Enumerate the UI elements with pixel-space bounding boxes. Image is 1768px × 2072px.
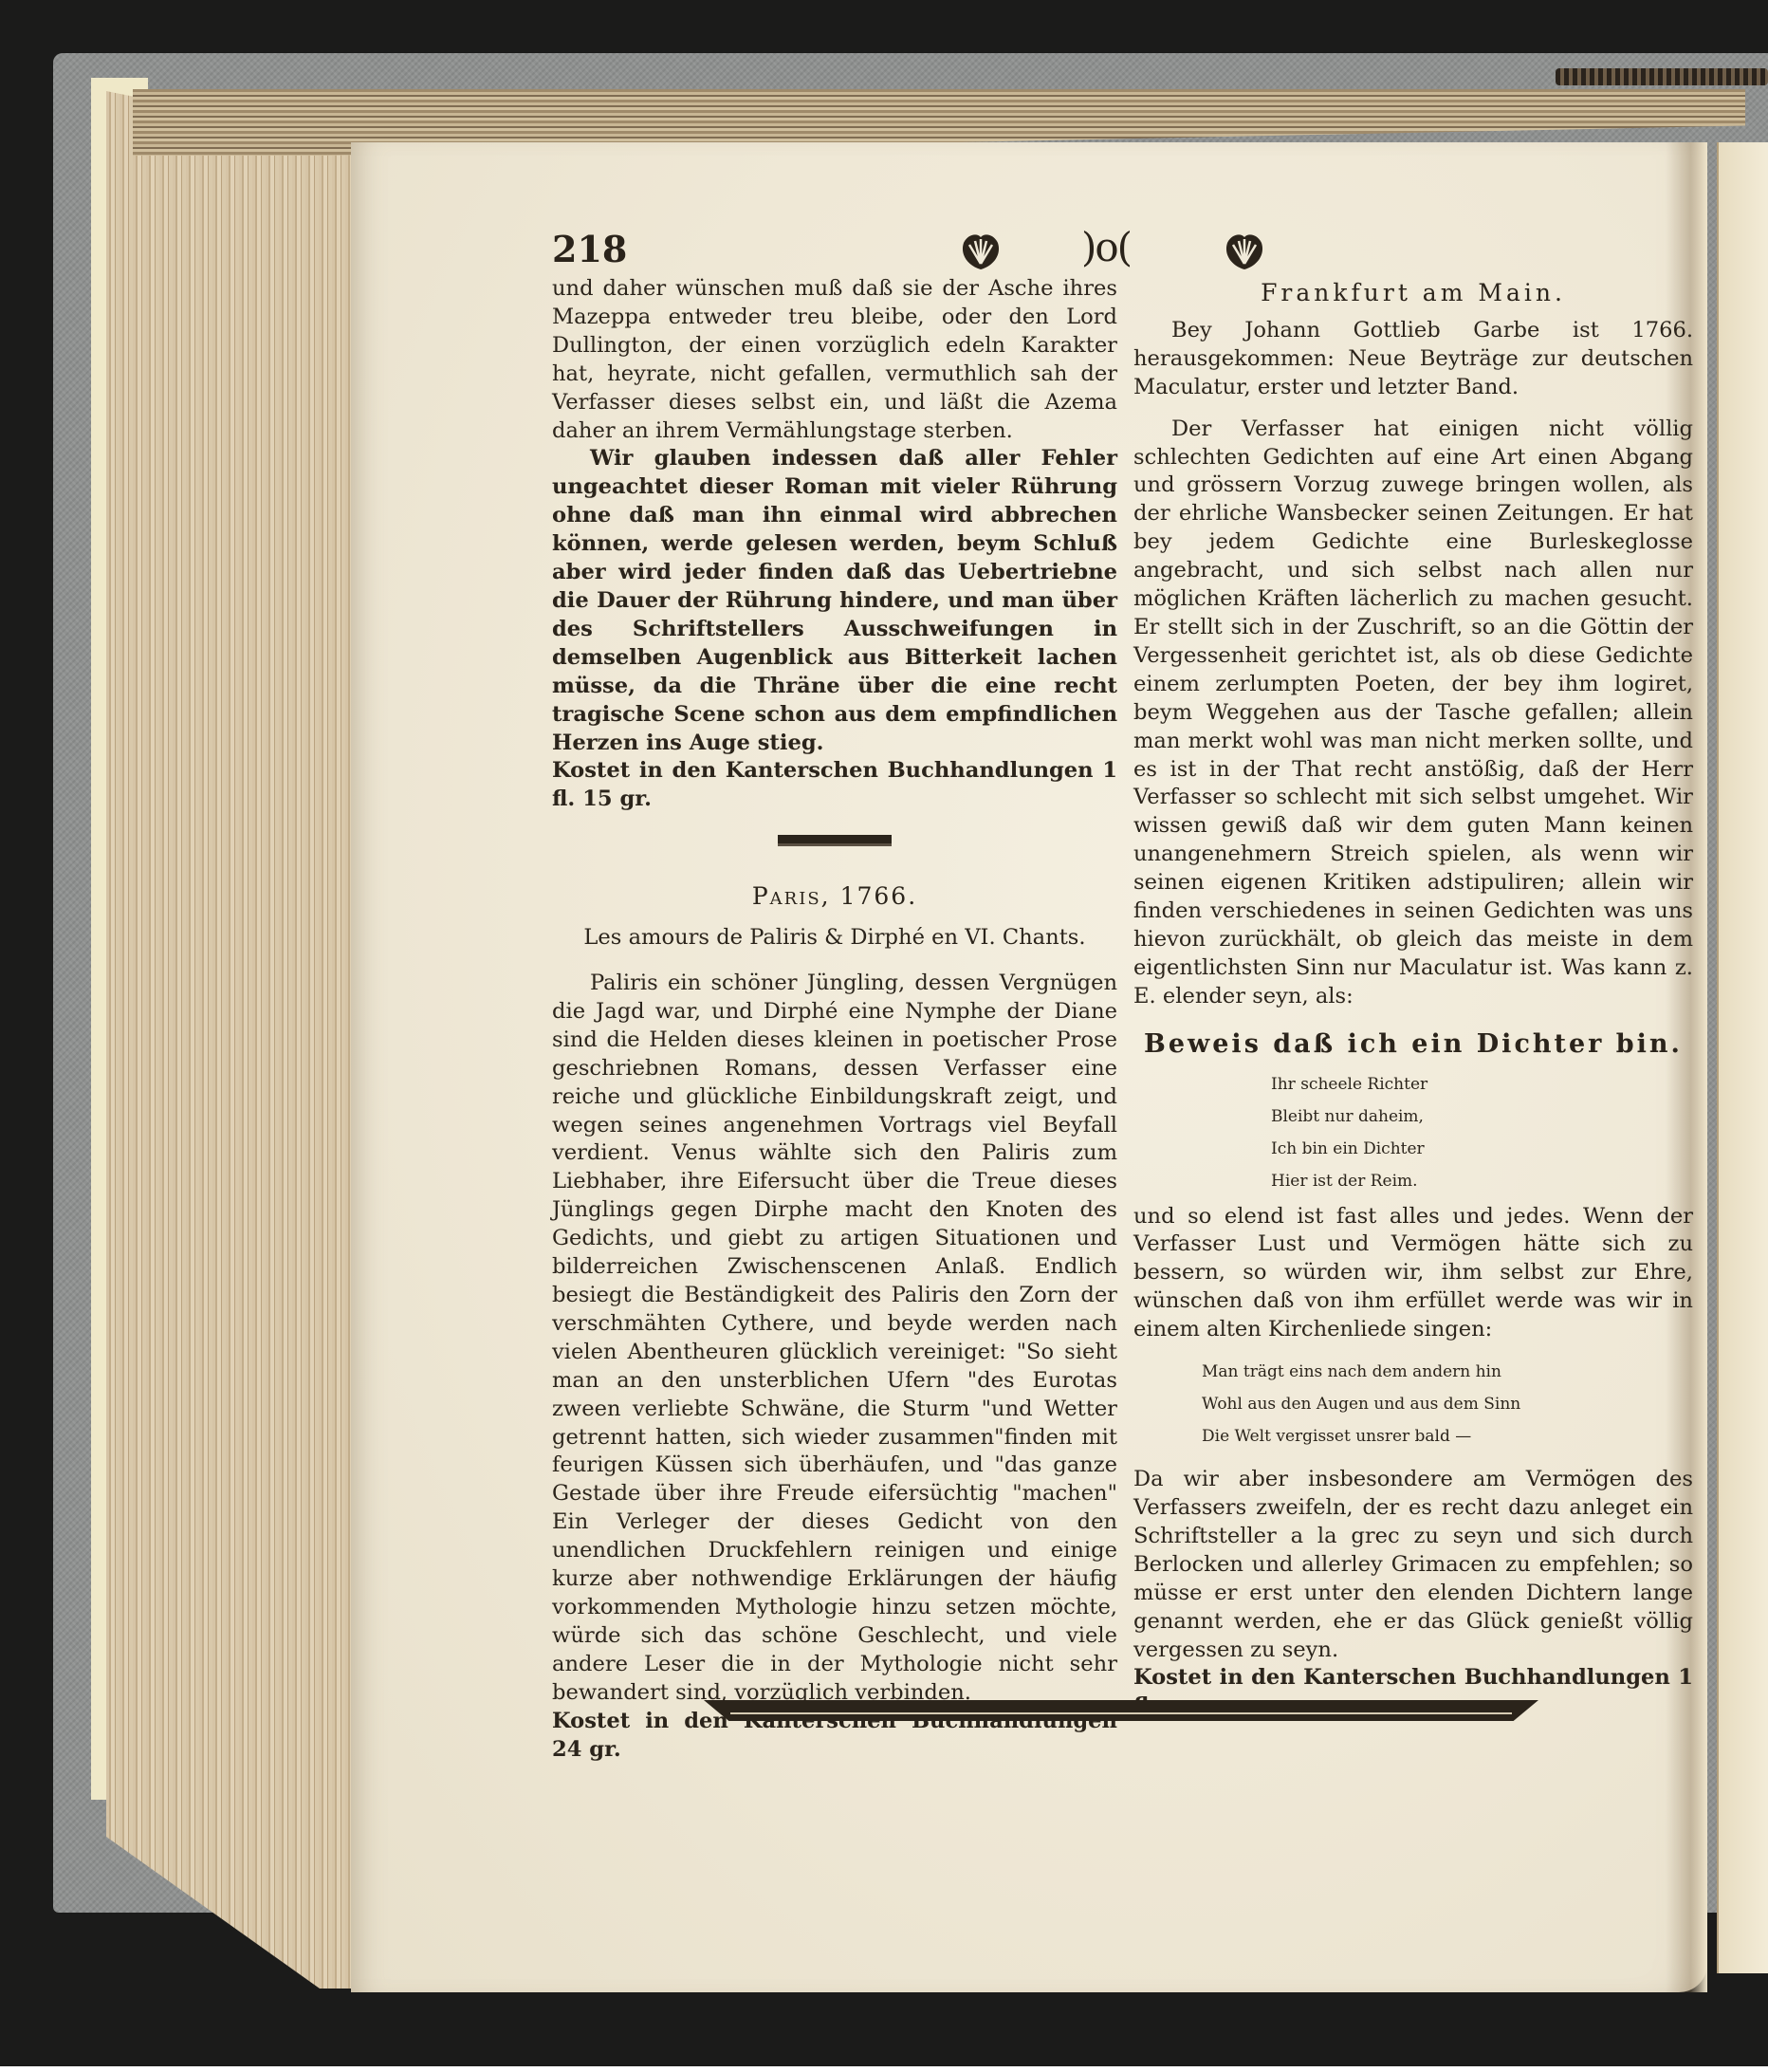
shell-ornament-icon: [958, 231, 1004, 271]
review-paragraph: Paliris ein schöner Jüngling, dessen Ver…: [552, 970, 1117, 1708]
section-divider: [778, 835, 892, 846]
poem-line: Ich bin ein Dichter: [1133, 1133, 1693, 1165]
shell-ornament-icon: [1222, 231, 1267, 271]
right-column: Frankfurt am Main. Bey Johann Gottlieb G…: [1133, 277, 1693, 1721]
review-paragraph: Der Verfasser hat einigen nicht völlig s…: [1133, 416, 1693, 1011]
poem-line: Bleibt nur daheim,: [1133, 1101, 1693, 1133]
poem-line: Ihr scheele Richter: [1133, 1068, 1693, 1101]
headband: [1556, 68, 1768, 85]
book-title: Les amours de Paliris & Dirphé en VI. Ch…: [552, 924, 1117, 953]
hymn-line: Die Welt vergisset unsrer bald —: [1133, 1420, 1693, 1452]
review-paragraph: Da wir aber insbesondere am Vermögen des…: [1133, 1466, 1693, 1664]
end-rule: [704, 1700, 1538, 1721]
poem-line: Hier ist der Reim.: [1133, 1165, 1693, 1197]
poem-quote: Ihr scheele Richter Bleibt nur daheim, I…: [1133, 1068, 1693, 1197]
hymn-quote: Man trägt eins nach dem andern hin Wohl …: [1133, 1356, 1693, 1452]
review-paragraph: und so elend ist fast alles und jedes. W…: [1133, 1203, 1693, 1345]
left-column: und daher wünschen muß daß sie der Asche…: [552, 275, 1117, 1764]
continuation-paragraph: und daher wünschen muß daß sie der Asche…: [552, 275, 1117, 445]
review-paragraph: Wir glauben indessen daß aller Fehler un…: [552, 445, 1117, 757]
center-ornament: )o(: [1081, 224, 1131, 270]
section-heading-place: Frankfurt am Main.: [1133, 279, 1693, 307]
page-number: 218: [552, 228, 627, 270]
section-heading-place-date: Paris, 1766.: [552, 882, 1117, 911]
price-line: Kostet in den Kanterschen Buchhandlungen…: [552, 757, 1117, 814]
hymn-line: Man trägt eins nach dem andern hin: [1133, 1356, 1693, 1388]
scan-border: [0, 2066, 1768, 2072]
facing-page-edge: [1717, 142, 1768, 1973]
poem-title: Beweis daß ich ein Dichter bin.: [1133, 1030, 1693, 1059]
intro-paragraph: Bey Johann Gottlieb Garbe ist 1766. hera…: [1133, 317, 1693, 402]
page-block-fore-edge: [106, 91, 391, 1989]
end-rule-highlight: [730, 1712, 1512, 1714]
hymn-line: Wohl aus den Augen und aus dem Sinn: [1133, 1388, 1693, 1420]
